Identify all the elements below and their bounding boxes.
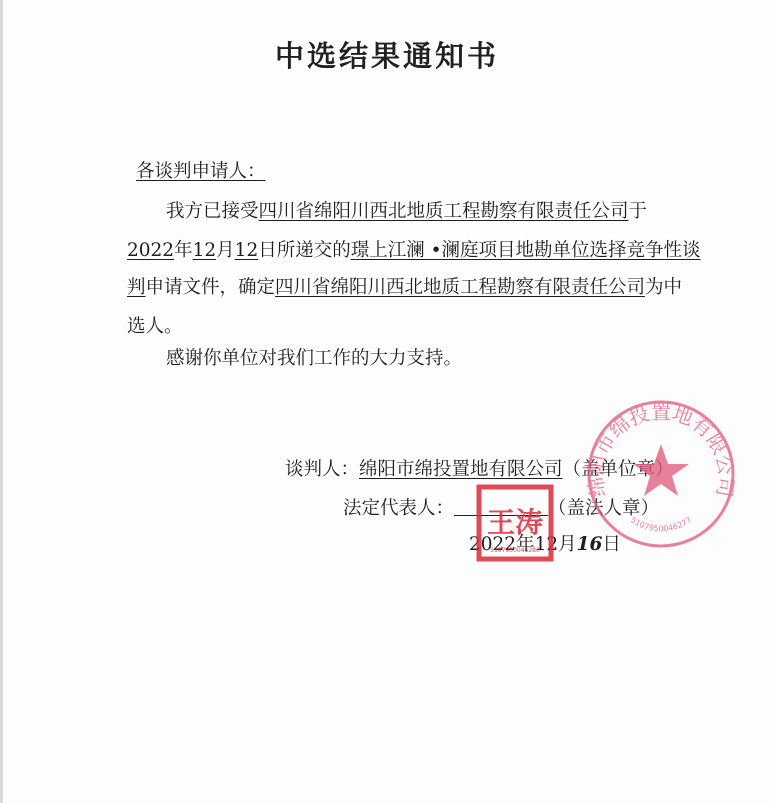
submit-month: 12 — [193, 240, 217, 261]
salutation: 各谈判申请人： — [136, 160, 266, 184]
page-edge — [0, 0, 3, 803]
paragraph-1: 我方已接受四川省绵阳川西北地质工程勘察有限责任公司于 — [166, 200, 647, 224]
p3-suffix: 为中 — [645, 277, 682, 298]
p1-suffix: 于 — [629, 201, 648, 222]
rep-label: 法定代表人： — [343, 498, 454, 519]
rep-signature-blank — [454, 499, 548, 516]
date-year-month: 2022年12月 — [469, 534, 577, 555]
negotiator-name: 绵阳市绵投置地有限公司 — [359, 459, 563, 480]
rep-note: （盖法人章） — [548, 498, 659, 519]
date-day-handwritten: 16 — [577, 534, 603, 555]
legal-rep-line: 法定代表人：（盖法人章） — [343, 497, 659, 521]
svg-text:绵阳市绵投置地有限公司: 绵阳市绵投置地有限公司 — [585, 400, 737, 499]
month-char: 月 — [216, 240, 235, 261]
p2-mid: 所递交的 — [277, 240, 351, 261]
negotiator-label: 谈判人： — [285, 459, 359, 480]
day-char: 日 — [258, 240, 277, 261]
project-name-end: 判 — [127, 277, 146, 298]
year-char: 年 — [174, 240, 193, 261]
p3-mid: 申请文件，确定 — [146, 277, 276, 298]
negotiator-note: （盖单位章） — [563, 459, 674, 480]
date-line: 2022年12月16日 — [469, 533, 621, 557]
date-day-char: 日 — [602, 534, 621, 555]
document-title: 中选结果通知书 — [0, 34, 774, 75]
paragraph-2: 2022年12月12日所递交的璟上江澜 •澜庭项目地勘单位选择竞争性谈 — [127, 239, 701, 263]
submit-day: 12 — [235, 240, 259, 261]
p1-prefix: 我方已接受 — [166, 201, 259, 222]
winning-company: 四川省绵阳川西北地质工程勘察有限责任公司 — [259, 201, 629, 222]
paragraph-4: 选人。 — [127, 315, 183, 339]
thanks-paragraph: 感谢你单位对我们工作的大力支持。 — [166, 347, 462, 371]
paragraph-3: 判申请文件，确定四川省绵阳川西北地质工程勘察有限责任公司为中 — [127, 276, 682, 300]
project-name: 璟上江澜 •澜庭项目地勘单位选择竞争性谈 — [351, 240, 701, 261]
negotiator-line: 谈判人：绵阳市绵投置地有限公司（盖单位章） — [285, 458, 674, 482]
winning-company-2: 四川省绵阳川西北地质工程勘察有限责任公司 — [275, 277, 645, 298]
submit-year: 2022 — [127, 240, 174, 261]
